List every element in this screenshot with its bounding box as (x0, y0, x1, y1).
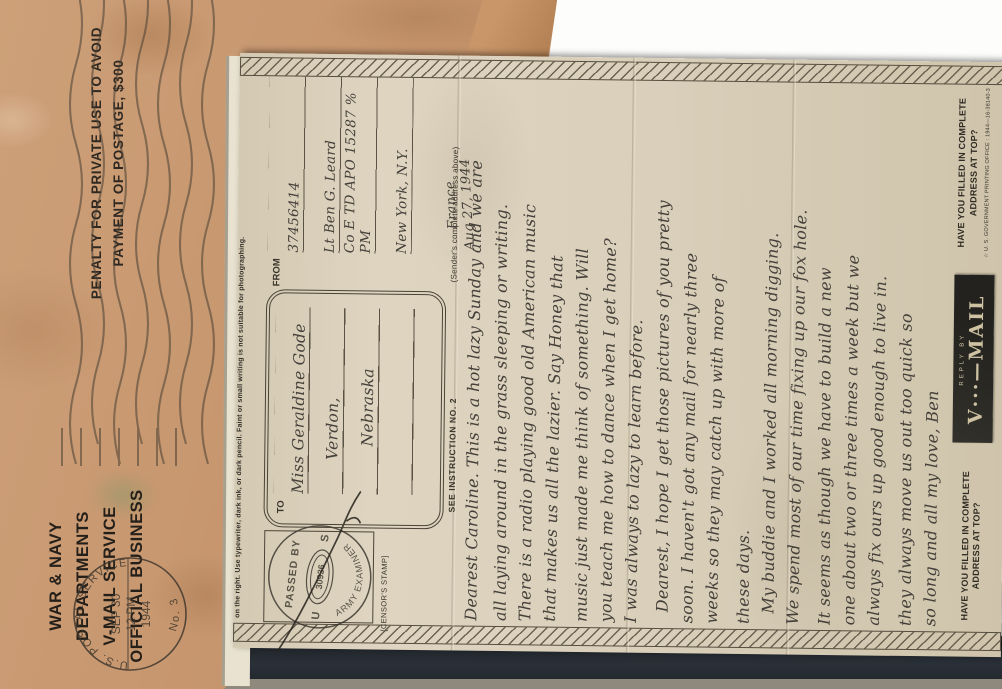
footer-question-lines: HAVE YOU FILLED IN COMPLETEADDRESS AT TO… (956, 84, 981, 262)
from-address-line: New York, N.Y. (376, 78, 414, 254)
censor-us-left: U (310, 611, 323, 620)
from-area: FROM 37456414Lt Ben G. LeardCo E TD APO … (267, 76, 448, 288)
letter-dateline: France Aug 27, 1944 (442, 158, 479, 251)
censor-passed-by: PASSED BY (283, 539, 303, 609)
postmark-bottom-arc: No. 3 (167, 595, 182, 632)
to-address-line: Miss Geraldine Gode (274, 307, 311, 493)
gpo-imprint: ☆ U. S. GOVERNMENT PRINTING OFFICE : 194… (982, 84, 996, 262)
from-label: FROM (271, 258, 282, 286)
table-edge-strip (148, 679, 1002, 689)
footer-question-left: HAVE YOU FILLED IN COMPLETEADDRESS AT TO… (959, 457, 984, 635)
censor-us-right: S (319, 534, 332, 543)
vmail-logo-title: V···—MAIL (965, 294, 989, 424)
vmail-form: on the right. Use typewriter, dark ink, … (233, 53, 1002, 657)
letter-line: they always move us out too quick so (892, 86, 921, 626)
to-label: TO (276, 500, 287, 513)
censor-number: 30936 (314, 564, 327, 590)
postmark-year: 1944 (139, 600, 153, 627)
letter-line: It seems as though we have to build a ne… (811, 85, 840, 625)
footer-question-line: ADDRESS AT TOP? (967, 84, 981, 262)
letter-line: these days. (730, 84, 759, 624)
footer-question-right: HAVE YOU FILLED IN COMPLETEADDRESS AT TO… (956, 84, 996, 262)
to-address: Miss Geraldine GodeVerdon,Nebraska (274, 307, 416, 495)
postmark-date: SEP 30 (109, 593, 123, 634)
letter-lines: all laying around in the grass sleeping … (484, 81, 950, 627)
letter-line: music just made me think of something. W… (568, 82, 597, 622)
vmail-form-wrap: on the right. Use typewriter, dark ink, … (237, 57, 1002, 652)
footer-question-line: HAVE YOU FILLED IN COMPLETE (956, 84, 970, 262)
to-address-line: Nebraska (343, 308, 380, 494)
letter-line: Dearest, I hope I get those pictures of … (649, 83, 678, 623)
vmail-logo: REPLY BY V···—MAIL (952, 275, 994, 443)
from-address-line: 37456414 (268, 76, 306, 252)
to-address-line: Verdon, (308, 308, 345, 494)
to-box: TO Miss Geraldine GodeVerdon,Nebraska (266, 292, 443, 526)
letter-line: all laying around in the grass sleeping … (487, 81, 516, 621)
envelope-flap (468, 0, 558, 58)
see-instruction-note: SEE INSTRUCTION NO. 2 (447, 398, 458, 513)
postmark: U.S. POSTAL SERVICE No. 3 SEP 30 12 PM 1… (55, 540, 205, 689)
censor-bottom-arc: ARMY EXAMINER (332, 540, 368, 620)
svg-text:ARMY EXAMINER: ARMY EXAMINER (332, 540, 368, 620)
svg-text:No. 3: No. 3 (167, 595, 182, 632)
footer-question-line: ADDRESS AT TOP? (970, 457, 984, 635)
edge-instruction: on the right. Use typewriter, dark ink, … (234, 83, 251, 618)
from-address-line: Co E TD APO 15287 % PM (340, 77, 378, 253)
from-address-line: Lt Ben G. Leard (304, 77, 342, 253)
postmark-time: 12 PM (124, 597, 138, 632)
letter-body: France Aug 27, 1944 Dearest Caroline. Th… (457, 81, 950, 627)
form-footer: HAVE YOU FILLED IN COMPLETEADDRESS AT TO… (943, 84, 1002, 636)
vmail-scan: PENALTY FOR PRIVATE USE TO AVOID PAYMENT… (0, 0, 1002, 689)
from-address: 37456414Lt Ben G. LeardCo E TD APO 15287… (268, 76, 414, 254)
